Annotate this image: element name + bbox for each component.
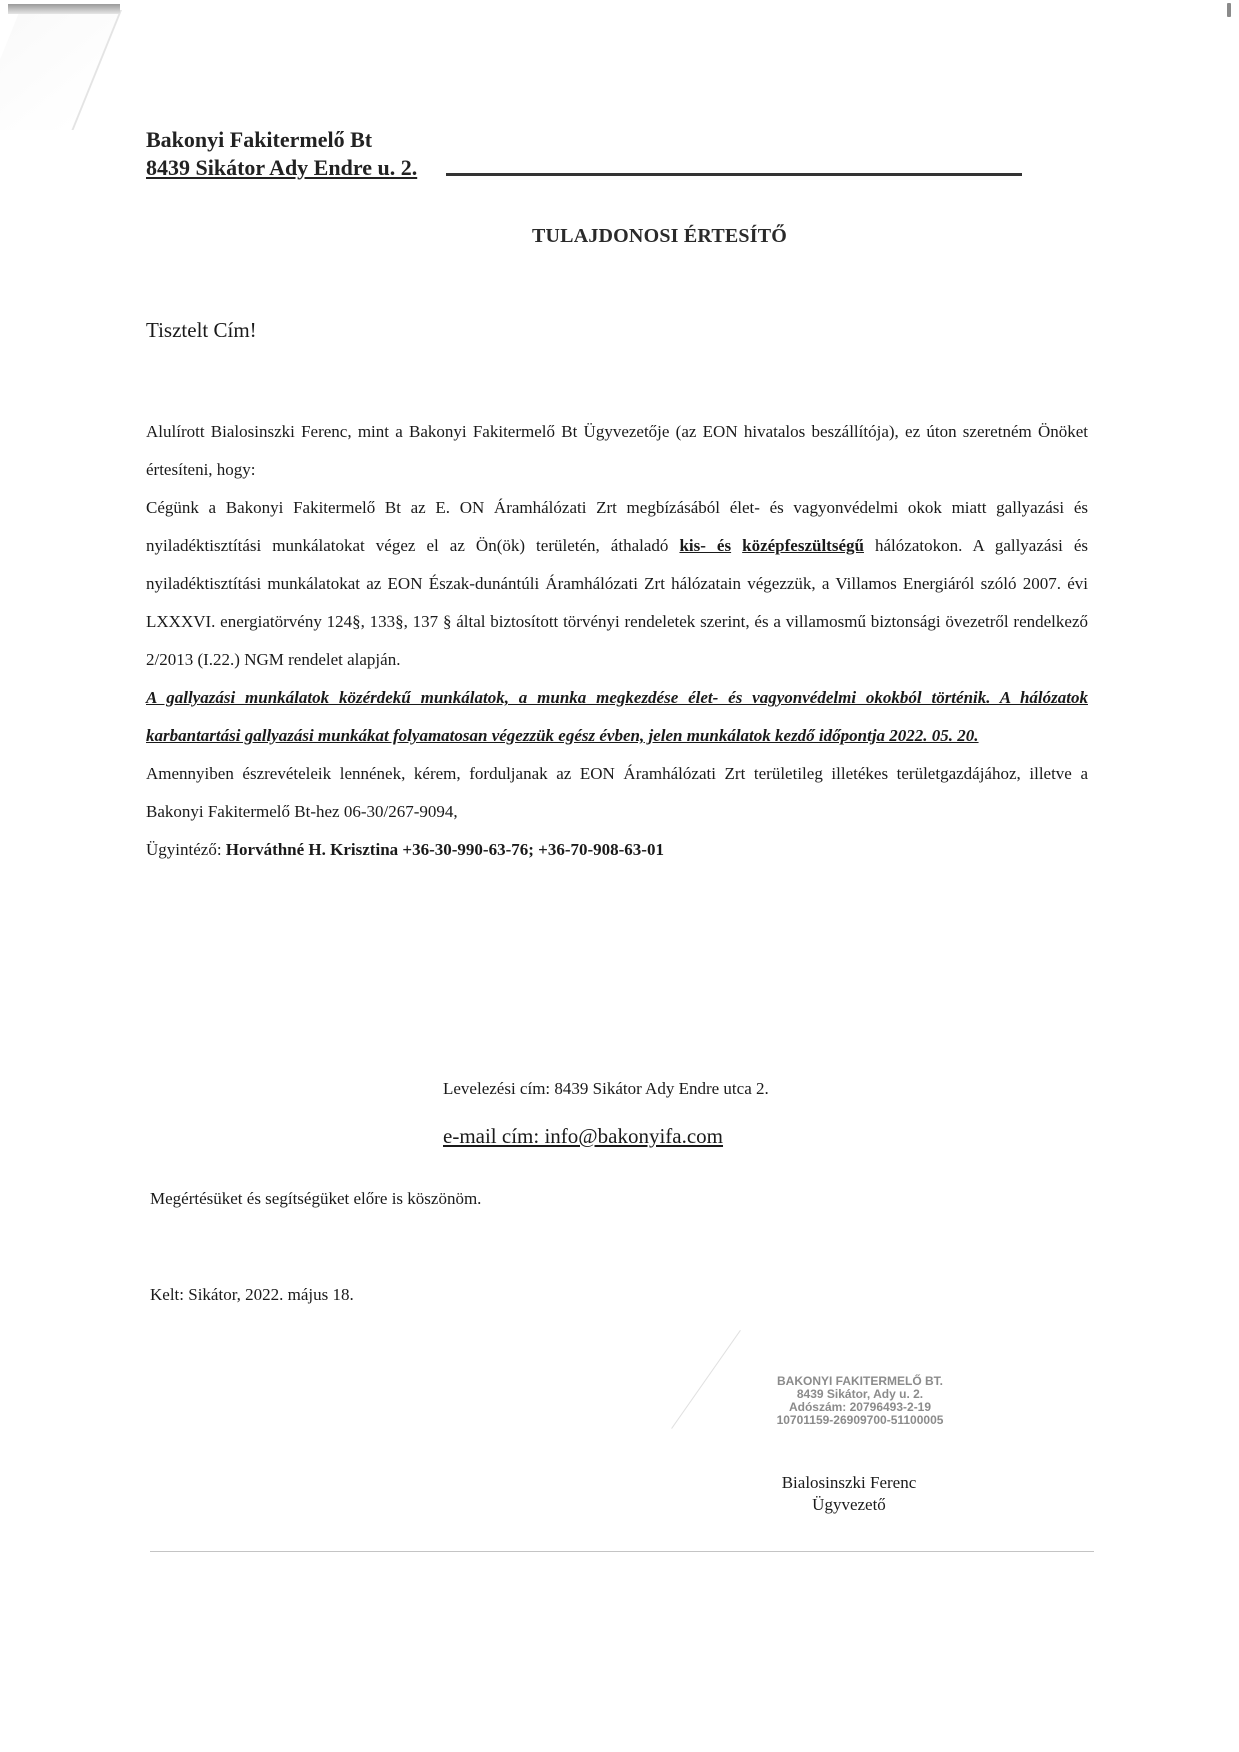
stamp-line: 10701159-26909700-51100005 bbox=[730, 1414, 990, 1427]
medium-voltage-emphasis: középfeszültségű bbox=[742, 536, 864, 555]
contact-paragraph: Amennyiben észrevételeik lennének, kérem… bbox=[146, 755, 1088, 831]
letter-body: Alulírott Bialosinszki Ferenc, mint a Ba… bbox=[146, 413, 1088, 869]
scan-corner-artifact bbox=[8, 4, 120, 14]
handler-line: Ügyintéző: Horváthné H. Krisztina +36-30… bbox=[146, 831, 1088, 869]
scan-mark-artifact bbox=[1227, 3, 1231, 17]
company-address: 8439 Sikátor Ady Endre u. 2. bbox=[146, 154, 1022, 182]
main-paragraph: Cégünk a Bakonyi Fakitermelő Bt az E. ON… bbox=[146, 489, 1088, 679]
letterhead: Bakonyi Fakitermelő Bt 8439 Sikátor Ady … bbox=[146, 125, 1022, 182]
handler-label: Ügyintéző: bbox=[146, 840, 226, 859]
footer-rule bbox=[150, 1551, 1094, 1552]
signer-role: Ügyvezető bbox=[744, 1494, 954, 1516]
signer-block: Bialosinszki Ferenc Ügyvezető bbox=[744, 1472, 954, 1516]
document-title: TULAJDONOSI ÉRTESÍTŐ bbox=[0, 225, 1239, 248]
handler-contact: Horváthné H. Krisztina +36-30-990-63-76;… bbox=[226, 840, 664, 859]
letterhead-rule bbox=[446, 173, 1022, 176]
dateline: Kelt: Sikátor, 2022. május 18. bbox=[150, 1285, 354, 1305]
closing-line: Megértésüket és segítségüket előre is kö… bbox=[150, 1189, 481, 1209]
work-notice: A gallyazási munkálatok közérdekű munkál… bbox=[146, 679, 1088, 755]
mailing-address: Levelezési cím: 8439 Sikátor Ady Endre u… bbox=[443, 1079, 769, 1099]
intro-paragraph: Alulírott Bialosinszki Ferenc, mint a Ba… bbox=[146, 413, 1088, 489]
company-name: Bakonyi Fakitermelő Bt bbox=[146, 125, 1022, 154]
salutation: Tisztelt Cím! bbox=[146, 318, 257, 343]
signer-name: Bialosinszki Ferenc bbox=[744, 1472, 954, 1494]
main-paragraph-end: hálózatokon. A gallyazási és nyiladéktis… bbox=[146, 536, 1088, 669]
low-voltage-emphasis: kis- és bbox=[679, 536, 731, 555]
scan-edge-artifact bbox=[0, 10, 122, 130]
email-address[interactable]: e-mail cím: info@bakonyifa.com bbox=[443, 1124, 723, 1149]
company-stamp: BAKONYI FAKITERMELŐ BT. 8439 Sikátor, Ad… bbox=[730, 1375, 990, 1427]
